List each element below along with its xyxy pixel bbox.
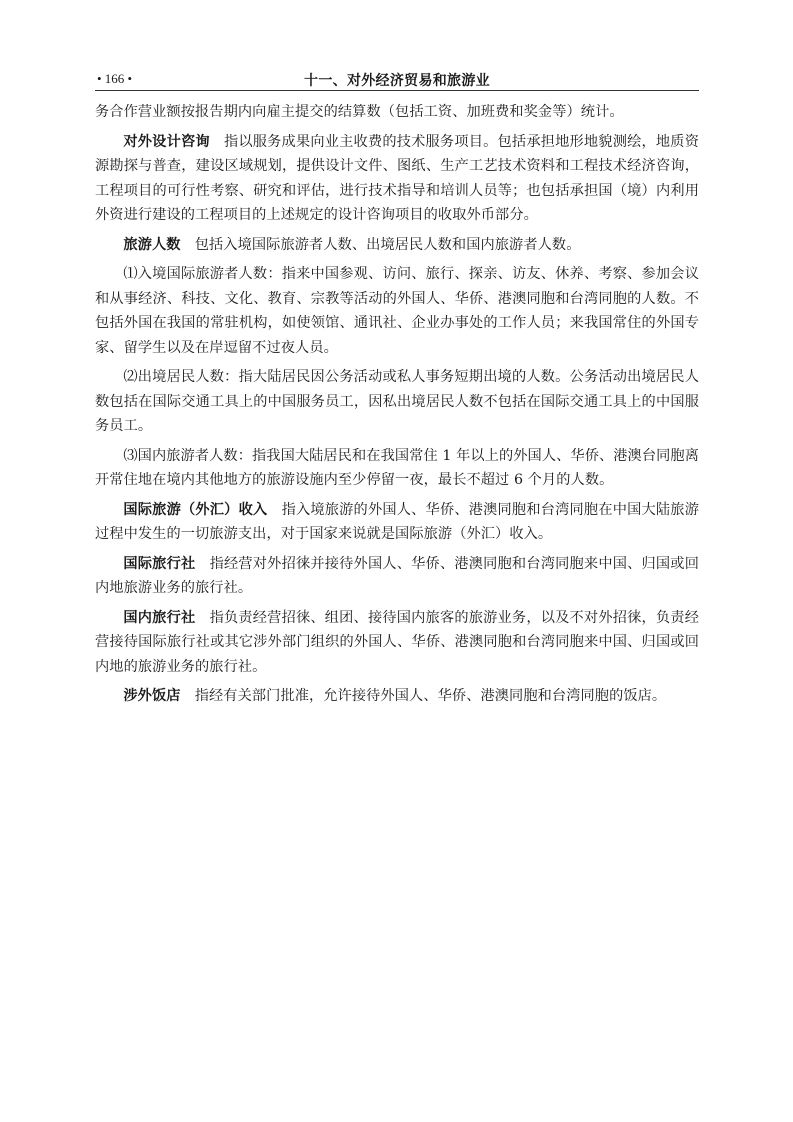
- definition-international-tourism-revenue: 国际旅游（外汇）收入指入境旅游的外国人、华侨、港澳同胞和台湾同胞在中国大陆旅游过…: [95, 498, 699, 547]
- definition-term: 国际旅行社: [123, 556, 195, 572]
- chapter-title: 十一、对外经济贸易和旅游业: [95, 70, 699, 90]
- sub-item-text: ⑴入境国际旅游者人数：指来中国参观、访问、旅行、探亲、访友、休养、考察、参加会议…: [95, 266, 699, 356]
- definition-tourist-count: 旅游人数包括入境国际旅游者人数、出境居民人数和国内旅游者人数。: [95, 233, 699, 258]
- body-text: 务合作营业额按报告期内向雇主提交的结算数（包括工资、加班费和奖金等）统计。 对外…: [95, 100, 699, 709]
- sub-item-inbound-tourists: ⑴入境国际旅游者人数：指来中国参观、访问、旅行、探亲、访友、休养、考察、参加会议…: [95, 262, 699, 360]
- definition-text: 指经有关部门批准，允许接待外国人、华侨、港澳同胞和台湾同胞的饭店。: [195, 688, 667, 704]
- sub-item-text: ⑶国内旅游者人数：指我国大陆居民和在我国常住 1 年以上的外国人、华侨、港澳台同…: [95, 448, 699, 489]
- paragraph-continuation: 务合作营业额按报告期内向雇主提交的结算数（包括工资、加班费和奖金等）统计。: [95, 100, 699, 125]
- paragraph-text: 务合作营业额按报告期内向雇主提交的结算数（包括工资、加班费和奖金等）统计。: [95, 104, 624, 120]
- definition-domestic-travel-agency: 国内旅行社指负责经营招徕、组团、接待国内旅客的旅游业务，以及不对外招徕，负责经营…: [95, 606, 699, 680]
- definition-term: 对外设计咨询: [123, 134, 209, 150]
- definition-term: 国际旅游（外汇）收入: [123, 502, 267, 518]
- definition-international-travel-agency: 国际旅行社指经营对外招徕并接待外国人、华侨、港澳同胞和台湾同胞来中国、归国或回内…: [95, 552, 699, 601]
- sub-item-text: ⑵出境居民人数：指大陆居民因公务活动或私人事务短期出境的人数。公务活动出境居民人…: [95, 369, 699, 434]
- definition-term: 涉外饭店: [123, 688, 180, 704]
- definition-term: 旅游人数: [123, 237, 180, 253]
- sub-item-outbound-residents: ⑵出境居民人数：指大陆居民因公务活动或私人事务短期出境的人数。公务活动出境居民人…: [95, 365, 699, 439]
- sub-item-domestic-tourists: ⑶国内旅游者人数：指我国大陆居民和在我国常住 1 年以上的外国人、华侨、港澳台同…: [95, 444, 699, 493]
- definition-term: 国内旅行社: [123, 610, 195, 626]
- definition-text: 包括入境国际旅游者人数、出境居民人数和国内旅游者人数。: [195, 237, 581, 253]
- running-header: • 166 • 十一、对外经济贸易和旅游业: [95, 68, 699, 91]
- definition-foreign-design-consulting: 对外设计咨询指以服务成果向业主收费的技术服务项目。包括承担地形地貌测绘，地质资源…: [95, 130, 699, 228]
- document-page: • 166 • 十一、对外经济贸易和旅游业 务合作营业额按报告期内向雇主提交的结…: [95, 68, 699, 714]
- definition-foreign-hotel: 涉外饭店指经有关部门批准，允许接待外国人、华侨、港澳同胞和台湾同胞的饭店。: [95, 684, 699, 709]
